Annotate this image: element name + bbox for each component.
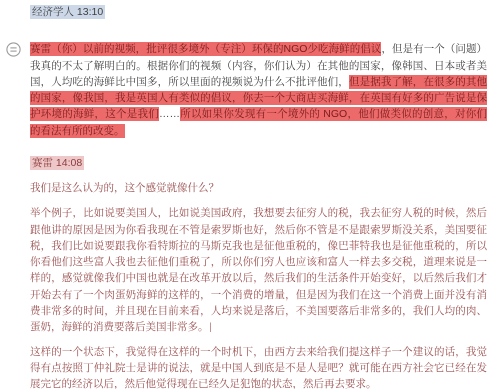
text-cursor: | (209, 319, 211, 335)
interviewer-name: 经济学人 (32, 6, 74, 18)
plain-segment: …… (159, 108, 180, 120)
speaker-header-interviewer: 经济学人 13:10 (30, 4, 487, 20)
question-paragraph: 赛雷（你）以前的视频，批评很多境外（专注）环保的NGO少吃海鲜的倡议，但是有一个… (30, 41, 487, 139)
answer-text: 这样的一个状态下，我觉得在这样的一个时机下，由西方去来给我们提这样子一个建议的话… (30, 346, 487, 389)
answer-paragraph-1: 我们是这么认为的，这个感觉就像什么？ (30, 180, 487, 196)
interviewee-name: 赛雷 (32, 157, 53, 169)
circled-lines-icon[interactable] (6, 42, 21, 57)
answer-paragraph-3: 这样的一个状态下，我觉得在这样的一个时机下，由西方去来给我们提这样子一个建议的话… (30, 344, 487, 389)
speaker-header-interviewee: 赛雷 14:08 (30, 155, 487, 171)
interviewee-timestamp: 14:08 (56, 157, 82, 169)
answer-paragraph-2: 举个例子，比如说要美国人，比如说美国政府，我想要去征穷人的税，我去征穷人税的时候… (30, 205, 487, 335)
answer-text: 我们是这么认为的，这个感觉就像什么？ (30, 182, 219, 194)
interviewer-timestamp: 13:10 (77, 6, 103, 18)
transcript-page: 经济学人 13:10 赛雷（你）以前的视频，批评很多境外（专注）环保的NGO少吃… (0, 0, 500, 389)
answer-text: 举个例子，比如说要美国人，比如说美国政府，我想要去征穷人的税，我去征穷人税的时候… (30, 207, 487, 333)
highlighted-segment: 赛雷（你）以前的视频，批评很多境外（专注）环保的NGO少吃海鲜的倡议 (30, 42, 381, 56)
